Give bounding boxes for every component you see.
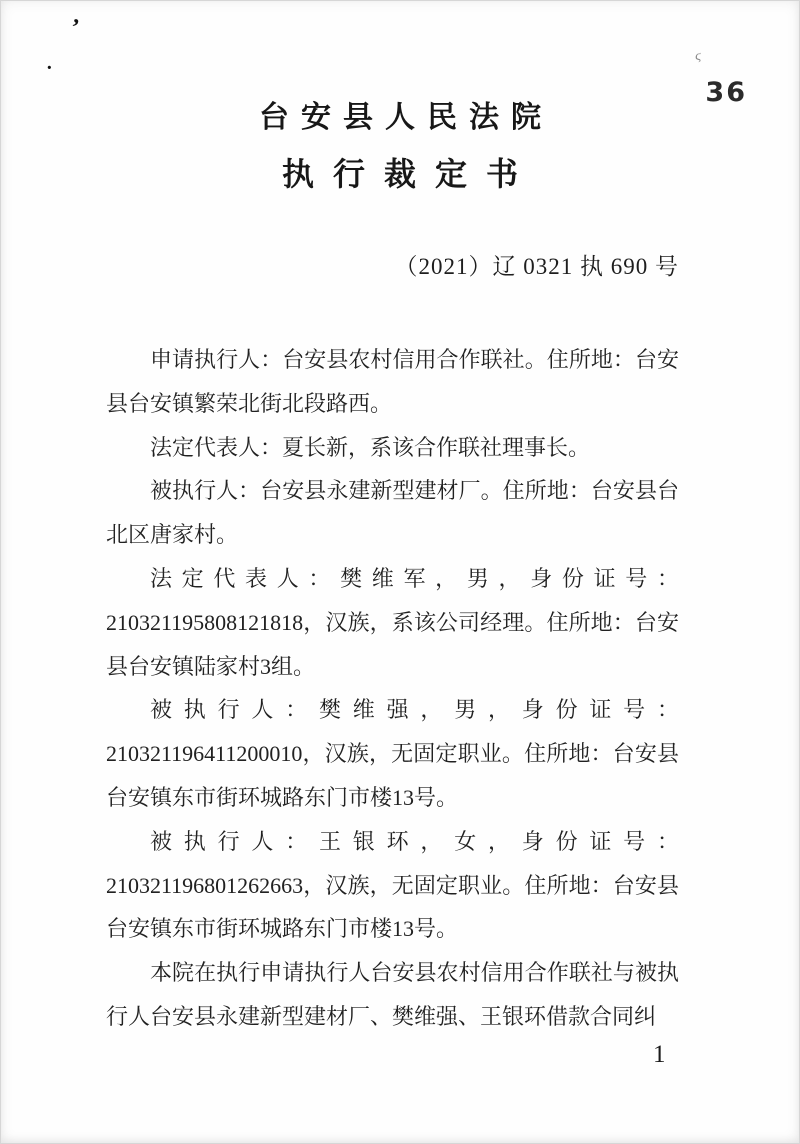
- paragraph-respondent-factory: 被执行人：台安县永建新型建材厂。住所地：台安县台北区唐家村。: [106, 469, 679, 557]
- document-page: ’ · ϛ 36 台安县人民法院 执行裁定书 （2021）辽 0321 执 69…: [0, 0, 800, 1144]
- paragraph-factory-legal-rep: 法定代表人：樊维军，男，身份证号：210321195808121818，汉族，系…: [106, 557, 679, 688]
- paragraph-respondent-fan-weiqiang: 被执行人：樊维强，男，身份证号：210321196411200010，汉族，无固…: [106, 688, 679, 819]
- paragraph-applicant: 申请执行人：台安县农村信用合作联社。住所地：台安县台安镇繁荣北街北段路西。: [106, 338, 679, 426]
- document-body: （2021）辽 0321 执 690 号 申请执行人：台安县农村信用合作联社。住…: [106, 252, 679, 1039]
- paragraph-case-background: 本院在执行申请执行人台安县农村信用合作联社与被执行人台安县永建新型建材厂、樊维强…: [106, 951, 679, 1039]
- corner-page-number: 36: [705, 77, 747, 108]
- stray-ink-mark-squiggle: ϛ: [695, 49, 701, 65]
- case-number: （2021）辽 0321 执 690 号: [106, 252, 679, 282]
- court-name: 台安县人民法院: [1, 97, 799, 139]
- paragraph-respondent-wang-yinhuan: 被执行人：王银环，女，身份证号：210321196801262663，汉族，无固…: [106, 820, 679, 951]
- paragraph-applicant-legal-rep: 法定代表人：夏长新，系该合作联社理事长。: [106, 426, 679, 470]
- stray-ink-mark-comma: ’: [69, 15, 81, 43]
- stray-ink-mark-dot: ·: [46, 57, 53, 80]
- body-text: 申请执行人：台安县农村信用合作联社。住所地：台安县台安镇繁荣北街北段路西。 法定…: [106, 338, 679, 1039]
- footer-page-number: 1: [653, 1041, 666, 1069]
- document-title: 执行裁定书: [1, 152, 799, 196]
